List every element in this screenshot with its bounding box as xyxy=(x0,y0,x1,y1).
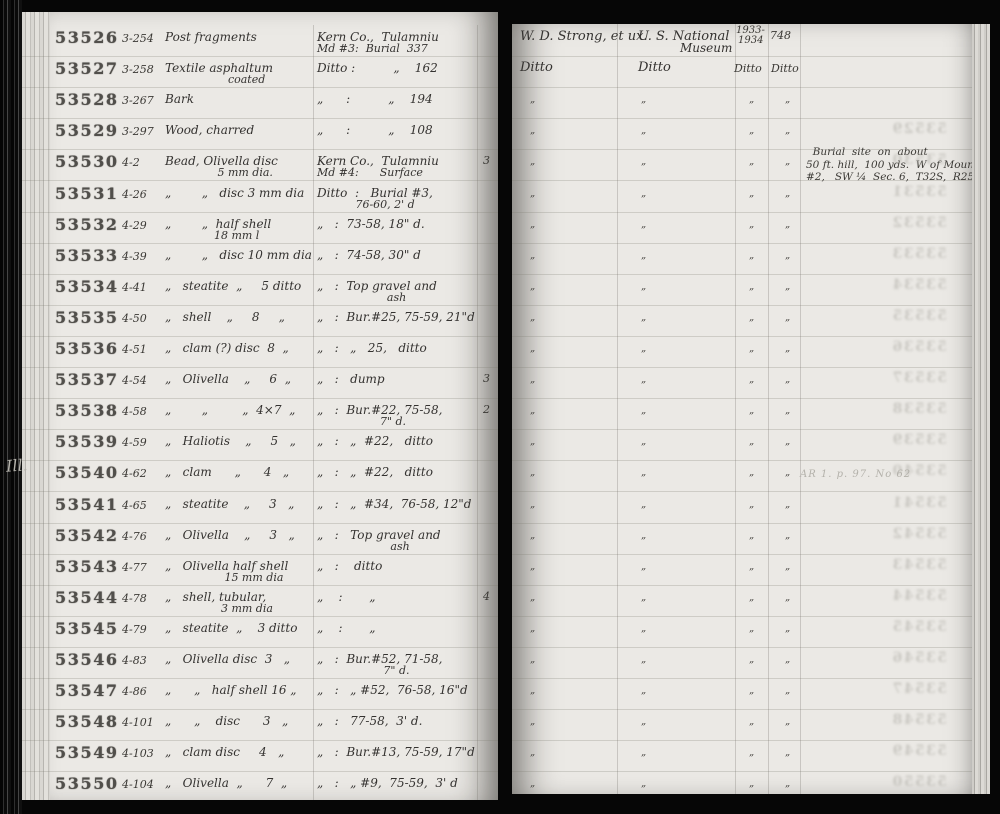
collector: „ xyxy=(530,778,535,789)
date: „ xyxy=(749,312,754,323)
count-note: 3 xyxy=(483,154,490,167)
catalog-number: 53550 xyxy=(55,774,119,793)
date: „ xyxy=(749,561,754,572)
museum: „ xyxy=(641,592,646,603)
museum-number: „ xyxy=(785,250,790,261)
locality-line2: Md #4: Surface xyxy=(317,166,423,179)
ledger-row: DittoDittoDittoDitto xyxy=(512,56,990,88)
museum-number: „ xyxy=(785,716,790,727)
description-line2: coated xyxy=(165,73,265,86)
museum-number: „ xyxy=(785,405,790,416)
accession-number: 4-59 xyxy=(122,436,147,449)
catalog-number: 53546 xyxy=(55,650,119,669)
show-through-number: 53545 xyxy=(885,619,947,635)
museum: „ xyxy=(641,250,646,261)
page-stack-edge-right xyxy=(972,24,990,794)
locality: „ : „ #52, 76-58, 16"d xyxy=(317,683,468,697)
show-through-number: 53541 xyxy=(885,495,947,511)
accession-number: 4-77 xyxy=(122,561,147,574)
accession-number: 3-267 xyxy=(122,94,154,107)
catalog-number: 53533 xyxy=(55,246,119,265)
catalog-number: 53530 xyxy=(55,152,119,171)
count-note: 4 xyxy=(483,590,490,603)
collector: „ xyxy=(530,436,535,447)
collector: „ xyxy=(530,405,535,416)
accession-number: 4-50 xyxy=(122,312,147,325)
collector: „ xyxy=(530,94,535,105)
accession-number: 4-26 xyxy=(122,188,147,201)
show-through-number: 53534 xyxy=(885,277,947,293)
accession-number: 4-39 xyxy=(122,250,147,263)
locality: „ : 73-58, 18" d. xyxy=(317,217,425,231)
description-line2: 18 mm l xyxy=(165,229,259,242)
catalog-number: 53531 xyxy=(55,184,119,203)
catalog-number: 53537 xyxy=(55,370,119,389)
collector: „ xyxy=(530,250,535,261)
accession-number: 4-41 xyxy=(122,281,147,294)
museum: „ xyxy=(641,654,646,665)
ledger-row: 535414-65„ steatite „ 3 „„ : „ #34, 76-5… xyxy=(22,492,498,524)
collector: „ xyxy=(530,530,535,541)
museum-number: „ xyxy=(785,219,790,230)
show-through-number: 53548 xyxy=(885,712,947,728)
museum-number: „ xyxy=(785,467,790,478)
date: „ xyxy=(749,623,754,634)
description: „ steatite „ 5 ditto xyxy=(165,279,301,293)
show-through-number: 53547 xyxy=(885,681,947,697)
date: „ xyxy=(749,654,754,665)
ledger-row: 535404-62„ clam „ 4 „„ : „ #22, ditto xyxy=(22,460,498,492)
museum: „ xyxy=(641,219,646,230)
museum: „ xyxy=(641,94,646,105)
description-line2: 3 mm dia xyxy=(165,602,273,615)
catalog-number: 53528 xyxy=(55,90,119,109)
locality: „ : Bur.#13, 75-59, 17"d xyxy=(317,745,475,759)
museum-line2: Museum xyxy=(680,41,732,55)
ledger-row: 535334-39„ „ disc 10 mm dia„ : 74-58, 30… xyxy=(22,243,498,275)
ledger-row: 535474-86„ „ half shell 16 „„ : „ #52, 7… xyxy=(22,678,498,710)
museum-number: „ xyxy=(785,499,790,510)
date: „ xyxy=(749,436,754,447)
collector: „ xyxy=(530,685,535,696)
catalog-number: 53534 xyxy=(55,277,119,296)
locality: „ : „ #34, 76-58, 12"d xyxy=(317,497,471,511)
ledger-row: 535484-101„ „ disc 3 „„ : 77-58, 3' d. xyxy=(22,709,498,741)
show-through-number: 53535 xyxy=(885,308,947,324)
museum-number: „ xyxy=(785,592,790,603)
date: „ xyxy=(749,281,754,292)
museum-number: „ xyxy=(785,281,790,292)
ledger-row: 535434-77„ Olivella half shell 15 mm dia… xyxy=(22,554,498,586)
column-rule xyxy=(768,24,769,794)
catalog-number: 53527 xyxy=(55,59,119,78)
ledger-row: 535494-103„ clam disc 4 „„ : Bur.#13, 75… xyxy=(22,740,498,772)
ledger-row: 535374-54„ Olivella „ 6 „„ : dump3 xyxy=(22,367,498,399)
description: „ „ disc 10 mm dia xyxy=(165,248,312,262)
date: „ xyxy=(749,250,754,261)
accession-number: 4-2 xyxy=(122,156,140,169)
date: „ xyxy=(749,778,754,789)
description: „ Haliotis „ 5 „ xyxy=(165,434,296,448)
museum: „ xyxy=(641,530,646,541)
description: Bark xyxy=(165,92,194,106)
show-through-number: 53539 xyxy=(885,432,947,448)
show-through-number: 53540 xyxy=(885,463,947,479)
catalog-number: 53532 xyxy=(55,215,119,234)
accession-number: 4-29 xyxy=(122,219,147,232)
museum-number: 748 xyxy=(770,29,791,42)
date: „ xyxy=(749,374,754,385)
collector: „ xyxy=(530,312,535,323)
locality: „ : „ 194 xyxy=(317,92,433,106)
date: „ xyxy=(749,188,754,199)
count-note: 2 xyxy=(483,403,490,416)
date: „ xyxy=(749,94,754,105)
museum-number: „ xyxy=(785,778,790,789)
accession-number: 4-86 xyxy=(122,685,147,698)
locality: „ : „ 108 xyxy=(317,123,433,137)
ledger-row: „„„„ xyxy=(512,87,990,119)
show-through-number: 53543 xyxy=(885,557,947,573)
date: Ditto xyxy=(734,62,762,75)
museum-number: „ xyxy=(785,436,790,447)
museum-number: „ xyxy=(785,530,790,541)
show-through-number: 53546 xyxy=(885,650,947,666)
accession-number: 4-101 xyxy=(122,716,154,729)
date: „ xyxy=(749,405,754,416)
locality: „ : ditto xyxy=(317,559,382,573)
accession-number: 4-103 xyxy=(122,747,154,760)
date: „ xyxy=(749,499,754,510)
catalog-number: 53538 xyxy=(55,401,119,420)
margin-pencil-note: Ill. xyxy=(5,455,28,475)
date: „ xyxy=(749,156,754,167)
description: „ Olivella „ 3 „ xyxy=(165,528,295,542)
description: „ clam disc 4 „ xyxy=(165,745,284,759)
accession-number: 3-297 xyxy=(122,125,154,138)
ledger-page-left: 535263-254Post fragmentsKern Co., Tulamn… xyxy=(22,12,498,800)
museum-number: „ xyxy=(785,94,790,105)
ledger-row: 535263-254Post fragmentsKern Co., Tulamn… xyxy=(22,25,498,57)
accession-number: 4-54 xyxy=(122,374,147,387)
museum-number: „ xyxy=(785,125,790,136)
date-line2: 1934 xyxy=(738,35,763,46)
museum: „ xyxy=(641,312,646,323)
description: „ steatite „ 3 ditto xyxy=(165,621,297,635)
column-rule xyxy=(800,24,801,794)
collector: „ xyxy=(530,747,535,758)
description-line2: 15 mm dia xyxy=(165,571,283,584)
description: Post fragments xyxy=(165,30,257,44)
ledger-row: 535314-26„ „ disc 3 mm diaDitto : Burial… xyxy=(22,181,498,213)
locality-line2: Md #3: Burial 337 xyxy=(317,42,428,55)
ledger-row: 535344-41„ steatite „ 5 ditto„ : Top gra… xyxy=(22,274,498,306)
locality-line2: ash xyxy=(317,291,406,304)
accession-number: 4-65 xyxy=(122,499,147,512)
accession-number: 4-83 xyxy=(122,654,147,667)
locality-line2: 7" d. xyxy=(317,415,406,428)
show-through-number: 53550 xyxy=(885,774,947,790)
museum: „ xyxy=(641,561,646,572)
ledger-row: 535424-76„ Olivella „ 3 „„ : Top gravel … xyxy=(22,523,498,555)
museum-number: Ditto xyxy=(771,62,799,75)
ledger-row: 535283-267Bark„ : „ 194 xyxy=(22,87,498,119)
collector: Ditto xyxy=(520,60,553,75)
ledger-row: 535454-79„ steatite „ 3 ditto„ : „ xyxy=(22,616,498,648)
description: „ clam (?) disc 8 „ xyxy=(165,341,289,355)
date: „ xyxy=(749,685,754,696)
museum: „ xyxy=(641,623,646,634)
museum-number: „ xyxy=(785,561,790,572)
collector: „ xyxy=(530,467,535,478)
show-through-number: 53531 xyxy=(885,184,947,200)
museum: „ xyxy=(641,125,646,136)
catalog-number: 53549 xyxy=(55,743,119,762)
locality: „ : 74-58, 30" d xyxy=(317,248,421,262)
date: „ xyxy=(749,219,754,230)
show-through-number: 53529 xyxy=(885,121,947,137)
museum: „ xyxy=(641,436,646,447)
museum: „ xyxy=(641,716,646,727)
date: „ xyxy=(749,592,754,603)
museum: „ xyxy=(641,405,646,416)
ledger-row: 535504-104„ Olivella „ 7 „„ : „ #9, 75-5… xyxy=(22,771,498,800)
museum-number: „ xyxy=(785,312,790,323)
locality: „ : Bur.#25, 75-59, 21"d xyxy=(317,310,475,324)
date: „ xyxy=(749,716,754,727)
catalog-number: 53529 xyxy=(55,121,119,140)
museum-number: „ xyxy=(785,747,790,758)
accession-number: 4-76 xyxy=(122,530,147,543)
locality: „ : „ xyxy=(317,621,375,635)
book-binding-edge-left xyxy=(0,0,22,814)
show-through-number: 53542 xyxy=(885,526,947,542)
scanned-ledger-spread: 535263-254Post fragmentsKern Co., Tulamn… xyxy=(0,0,1000,814)
description: „ shell „ 8 „ xyxy=(165,310,285,324)
show-through-number: 53537 xyxy=(885,370,947,386)
catalog-number: 53539 xyxy=(55,432,119,451)
ledger-row: 535293-297Wood, charred„ : „ 108 xyxy=(22,118,498,150)
collector: „ xyxy=(530,623,535,634)
locality: Ditto : „ 162 xyxy=(317,61,438,75)
column-rule xyxy=(477,25,478,800)
collector: „ xyxy=(530,499,535,510)
locality: „ : „ #9, 75-59, 3' d xyxy=(317,776,458,790)
description: „ „ disc 3 „ xyxy=(165,714,288,728)
catalog-number: 53545 xyxy=(55,619,119,638)
catalog-number: 53535 xyxy=(55,308,119,327)
museum-number: „ xyxy=(785,156,790,167)
museum-number: „ xyxy=(785,188,790,199)
catalog-number: 53544 xyxy=(55,588,119,607)
collector: „ xyxy=(530,343,535,354)
description: Wood, charred xyxy=(165,123,254,137)
accession-number: 3-254 xyxy=(122,32,154,45)
museum: „ xyxy=(641,281,646,292)
show-through-number: 53544 xyxy=(885,588,947,604)
accession-number: 3-258 xyxy=(122,63,154,76)
museum-number: „ xyxy=(785,654,790,665)
catalog-number: 53541 xyxy=(55,495,119,514)
collector: „ xyxy=(530,716,535,727)
date: „ xyxy=(749,467,754,478)
accession-number: 4-78 xyxy=(122,592,147,605)
collector: „ xyxy=(530,219,535,230)
description: „ Olivella disc 3 „ xyxy=(165,652,290,666)
collector: „ xyxy=(530,374,535,385)
locality: „ : 77-58, 3' d. xyxy=(317,714,422,728)
left-page-rows: 535263-254Post fragmentsKern Co., Tulamn… xyxy=(22,25,498,800)
catalog-number: 53548 xyxy=(55,712,119,731)
museum: „ xyxy=(641,747,646,758)
ledger-row: 535394-59„ Haliotis „ 5 „„ : „ #22, ditt… xyxy=(22,429,498,461)
locality: „ : „ 25, ditto xyxy=(317,341,427,355)
count-note: 3 xyxy=(483,372,490,385)
museum: „ xyxy=(641,343,646,354)
locality-line2: 7" d. xyxy=(317,664,410,677)
locality-line2: 76-60, 2' d xyxy=(317,198,415,211)
show-through-number: 53549 xyxy=(885,743,947,759)
ledger-row: 535273-258Textile asphaltum coatedDitto … xyxy=(22,56,498,88)
ledger-row: 535364-51„ clam (?) disc 8 „„ : „ 25, di… xyxy=(22,336,498,368)
museum-number: „ xyxy=(785,343,790,354)
locality: „ : „ #22, ditto xyxy=(317,434,433,448)
museum: „ xyxy=(641,685,646,696)
description: „ Olivella „ 6 „ xyxy=(165,372,291,386)
collector: „ xyxy=(530,125,535,136)
column-rule xyxy=(735,24,736,794)
date: „ xyxy=(749,125,754,136)
date: „ xyxy=(749,530,754,541)
museum-number: „ xyxy=(785,685,790,696)
ledger-row: 535354-50„ shell „ 8 „„ : Bur.#25, 75-59… xyxy=(22,305,498,337)
description: „ steatite „ 3 „ xyxy=(165,497,294,511)
museum: „ xyxy=(641,374,646,385)
show-through-number: 53530 xyxy=(885,152,947,168)
description: „ Olivella „ 7 „ xyxy=(165,776,287,790)
collector: „ xyxy=(530,561,535,572)
museum: „ xyxy=(641,188,646,199)
ledger-row: 535464-83„ Olivella disc 3 „„ : Bur.#52,… xyxy=(22,647,498,679)
catalog-number: 53543 xyxy=(55,557,119,576)
collector: „ xyxy=(530,654,535,665)
collector: W. D. Strong, et ux. xyxy=(520,29,648,44)
description: „ „ disc 3 mm dia xyxy=(165,186,304,200)
description-line2: 5 mm dia. xyxy=(165,166,273,179)
accession-number: 4-51 xyxy=(122,343,147,356)
locality-line2: ash xyxy=(317,540,410,553)
accession-number: 4-104 xyxy=(122,778,154,791)
ledger-row: 535324-29„ „ half shell 18 mm l„ : 73-58… xyxy=(22,212,498,244)
accession-number: 4-79 xyxy=(122,623,147,636)
description: „ clam „ 4 „ xyxy=(165,465,289,479)
column-rule xyxy=(313,25,314,800)
collector: „ xyxy=(530,281,535,292)
accession-number: 4-58 xyxy=(122,405,147,418)
catalog-number: 53526 xyxy=(55,28,119,47)
ledger-row: 535304-2Bead, Olivella disc 5 mm dia.Ker… xyxy=(22,149,498,181)
collector: „ xyxy=(530,188,535,199)
locality: „ : dump xyxy=(317,372,385,386)
museum: „ xyxy=(641,156,646,167)
description: „ „ „ 4×7 „ xyxy=(165,403,295,417)
show-through-number: 53536 xyxy=(885,339,947,355)
date: „ xyxy=(749,747,754,758)
collector: „ xyxy=(530,592,535,603)
catalog-number: 53540 xyxy=(55,463,119,482)
date: „ xyxy=(749,343,754,354)
museum: „ xyxy=(641,467,646,478)
catalog-number: 53536 xyxy=(55,339,119,358)
museum: „ xyxy=(641,499,646,510)
ledger-row: 535444-78„ shell, tubular, 3 mm dia„ : „… xyxy=(22,585,498,617)
locality: „ : „ #22, ditto xyxy=(317,465,433,479)
description: „ „ half shell 16 „ xyxy=(165,683,297,697)
museum: Ditto xyxy=(638,60,671,75)
show-through-number: 53533 xyxy=(885,246,947,262)
ledger-row: 535384-58„ „ „ 4×7 „„ : Bur.#22, 75-58, … xyxy=(22,398,498,430)
column-rule xyxy=(617,24,618,794)
museum: „ xyxy=(641,778,646,789)
museum-number: „ xyxy=(785,374,790,385)
catalog-number: 53542 xyxy=(55,526,119,545)
show-through-number: 53532 xyxy=(885,215,947,231)
museum-number: „ xyxy=(785,623,790,634)
locality: „ : „ xyxy=(317,590,375,604)
catalog-number: 53547 xyxy=(55,681,119,700)
accession-number: 4-62 xyxy=(122,467,147,480)
ledger-row: W. D. Strong, et ux.U. S. NationalMuseum… xyxy=(512,25,990,57)
collector: „ xyxy=(530,156,535,167)
show-through-number: 53538 xyxy=(885,401,947,417)
